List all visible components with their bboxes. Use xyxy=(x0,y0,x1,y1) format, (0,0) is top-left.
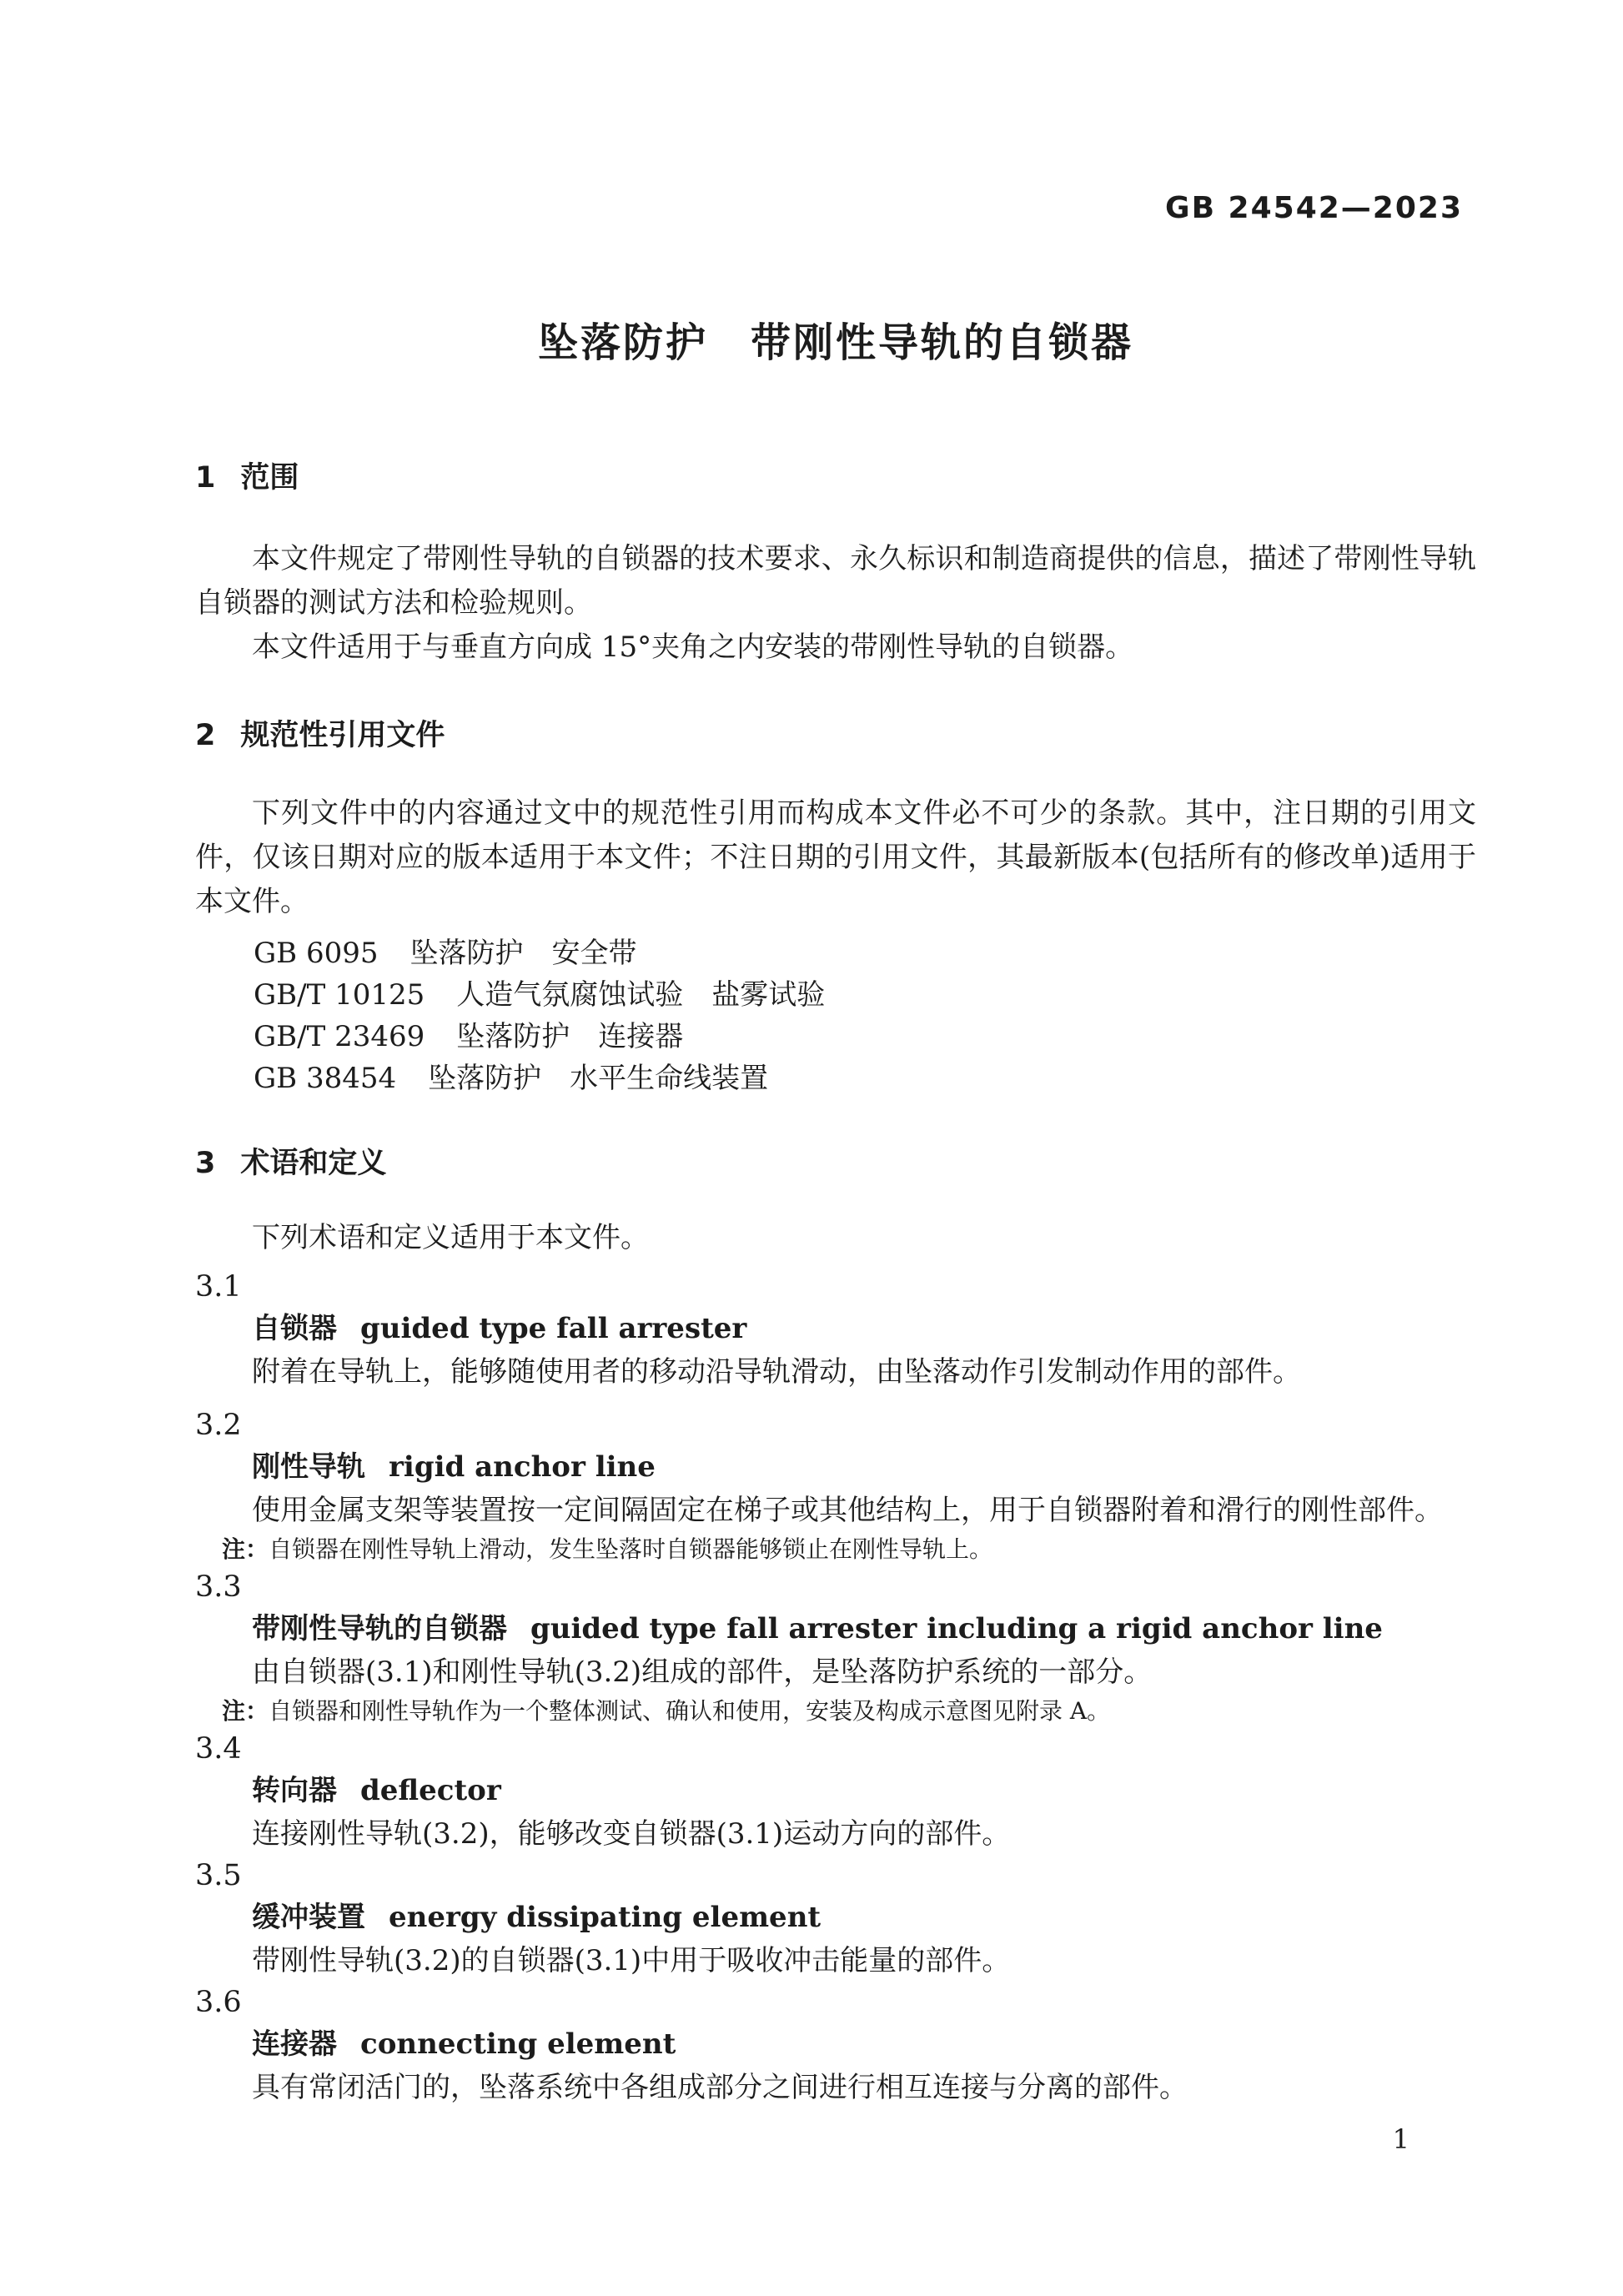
term-note-text: 自锁器和刚性导轨作为一个整体测试、确认和使用，安装及构成示意图见附录 A。 xyxy=(269,1697,1110,1725)
term-note: 注：自锁器和刚性导轨作为一个整体测试、确认和使用，安装及构成示意图见附录 A。 xyxy=(195,1694,1476,1729)
section-scope-title: 范围 xyxy=(240,460,299,495)
term-definition: 附着在导轨上，能够随使用者的移动沿导轨滑动，由坠落动作引发制动作用的部件。 xyxy=(195,1350,1476,1394)
term-number: 3.5 xyxy=(195,1856,1476,1896)
reference-item: GB 6095 坠落防护 安全带 xyxy=(195,932,1476,974)
reference-code: GB 6095 xyxy=(254,932,378,974)
section-references-number: 2 xyxy=(195,718,215,753)
references-intro: 下列文件中的内容通过文中的规范性引用而构成本文件必不可少的条款。其中，注日期的引… xyxy=(195,791,1476,924)
term-note: 注：自锁器在刚性导轨上滑动，发生坠落时自锁器能够锁止在刚性导轨上。 xyxy=(195,1532,1476,1567)
reference-title: 人造气氛腐蚀试验 盐雾试验 xyxy=(456,974,825,1016)
term-entry-3-4: 3.4 转向器 deflector 连接刚性导轨(3.2)，能够改变自锁器(3.… xyxy=(195,1729,1476,1856)
reference-code: GB/T 10125 xyxy=(254,974,425,1016)
reference-title: 坠落防护 连接器 xyxy=(456,1016,683,1058)
section-scope-heading: 1 范围 xyxy=(195,460,1476,495)
term-definition: 连接刚性导轨(3.2)，能够改变自锁器(3.1)运动方向的部件。 xyxy=(195,1812,1476,1856)
terms-intro: 下列术语和定义适用于本文件。 xyxy=(195,1216,1476,1260)
term-number: 3.4 xyxy=(195,1729,1476,1769)
term-definition: 由自锁器(3.1)和刚性导轨(3.2)组成的部件，是坠落防护系统的一部分。 xyxy=(195,1650,1476,1694)
term-entry-3-5: 3.5 缓冲装置 energy dissipating element 带刚性导… xyxy=(195,1856,1476,1982)
term-name-en: guided type fall arrester xyxy=(360,1307,746,1350)
term-name-zh: 缓冲装置 xyxy=(252,1896,365,1939)
term-name: 自锁器 guided type fall arrester xyxy=(195,1307,1476,1350)
standard-code: GB 24542—2023 xyxy=(195,0,1476,225)
term-entry-3-1: 3.1 自锁器 guided type fall arrester 附着在导轨上… xyxy=(195,1267,1476,1394)
section-terms-number: 3 xyxy=(195,1146,215,1181)
section-references-heading: 2 规范性引用文件 xyxy=(195,718,1476,753)
term-note-label: 注： xyxy=(222,1535,269,1563)
term-name-en: deflector xyxy=(360,1769,501,1812)
section-terms-title: 术语和定义 xyxy=(240,1146,386,1181)
scope-paragraph-2: 本文件适用于与垂直方向成 15°夹角之内安装的带刚性导轨的自锁器。 xyxy=(195,625,1476,670)
term-name: 连接器 connecting element xyxy=(195,2022,1476,2066)
term-name: 带刚性导轨的自锁器 guided type fall arrester incl… xyxy=(195,1607,1476,1650)
section-terms-heading: 3 术语和定义 xyxy=(195,1146,1476,1181)
reference-item: GB 38454 坠落防护 水平生命线装置 xyxy=(195,1058,1476,1099)
document-page: GB 24542—2023 坠落防护 带刚性导轨的自锁器 1 范围 本文件规定了… xyxy=(0,0,1623,2296)
term-note-text: 自锁器在刚性导轨上滑动，发生坠落时自锁器能够锁止在刚性导轨上。 xyxy=(269,1535,992,1563)
term-definition: 带刚性导轨(3.2)的自锁器(3.1)中用于吸收冲击能量的部件。 xyxy=(195,1939,1476,1982)
term-name-en: energy dissipating element xyxy=(389,1896,821,1939)
references-list: GB 6095 坠落防护 安全带 GB/T 10125 人造气氛腐蚀试验 盐雾试… xyxy=(195,932,1476,1099)
term-name: 缓冲装置 energy dissipating element xyxy=(195,1896,1476,1939)
term-name: 转向器 deflector xyxy=(195,1769,1476,1812)
reference-code: GB/T 23469 xyxy=(254,1016,425,1058)
reference-code: GB 38454 xyxy=(254,1058,396,1099)
term-name-en: guided type fall arrester including a ri… xyxy=(530,1607,1383,1650)
term-name-en: connecting element xyxy=(360,2022,676,2066)
document-title: 坠落防护 带刚性导轨的自锁器 xyxy=(195,319,1476,367)
reference-title: 坠落防护 安全带 xyxy=(410,932,636,974)
term-name-zh: 刚性导轨 xyxy=(252,1445,365,1489)
term-name-zh: 带刚性导轨的自锁器 xyxy=(252,1607,507,1650)
term-entry-3-2: 3.2 刚性导轨 rigid anchor line 使用金属支架等装置按一定间… xyxy=(195,1405,1476,1567)
term-entry-3-3: 3.3 带刚性导轨的自锁器 guided type fall arrester … xyxy=(195,1567,1476,1729)
term-number: 3.2 xyxy=(195,1405,1476,1445)
page-number: 1 xyxy=(195,2123,1476,2156)
term-name-zh: 自锁器 xyxy=(252,1307,337,1350)
term-number: 3.6 xyxy=(195,1982,1476,2022)
reference-item: GB/T 10125 人造气氛腐蚀试验 盐雾试验 xyxy=(195,974,1476,1016)
reference-title: 坠落防护 水平生命线装置 xyxy=(428,1058,768,1099)
term-name-zh: 连接器 xyxy=(252,2022,337,2066)
term-name-zh: 转向器 xyxy=(252,1769,337,1812)
section-references-title: 规范性引用文件 xyxy=(240,718,445,753)
term-entry-3-6: 3.6 连接器 connecting element 具有常闭活门的，坠落系统中… xyxy=(195,1982,1476,2109)
term-number: 3.1 xyxy=(195,1267,1476,1307)
reference-item: GB/T 23469 坠落防护 连接器 xyxy=(195,1016,1476,1058)
term-definition: 具有常闭活门的，坠落系统中各组成部分之间进行相互连接与分离的部件。 xyxy=(195,2066,1476,2109)
section-scope-number: 1 xyxy=(195,460,215,495)
term-name-en: rigid anchor line xyxy=(389,1445,656,1489)
term-definition: 使用金属支架等装置按一定间隔固定在梯子或其他结构上，用于自锁器附着和滑行的刚性部… xyxy=(195,1489,1476,1532)
scope-paragraph-1: 本文件规定了带刚性导轨的自锁器的技术要求、永久标识和制造商提供的信息，描述了带刚… xyxy=(195,537,1476,625)
term-number: 3.3 xyxy=(195,1567,1476,1607)
page-content: GB 24542—2023 坠落防护 带刚性导轨的自锁器 1 范围 本文件规定了… xyxy=(195,0,1476,2156)
term-note-label: 注： xyxy=(222,1697,269,1725)
term-name: 刚性导轨 rigid anchor line xyxy=(195,1445,1476,1489)
